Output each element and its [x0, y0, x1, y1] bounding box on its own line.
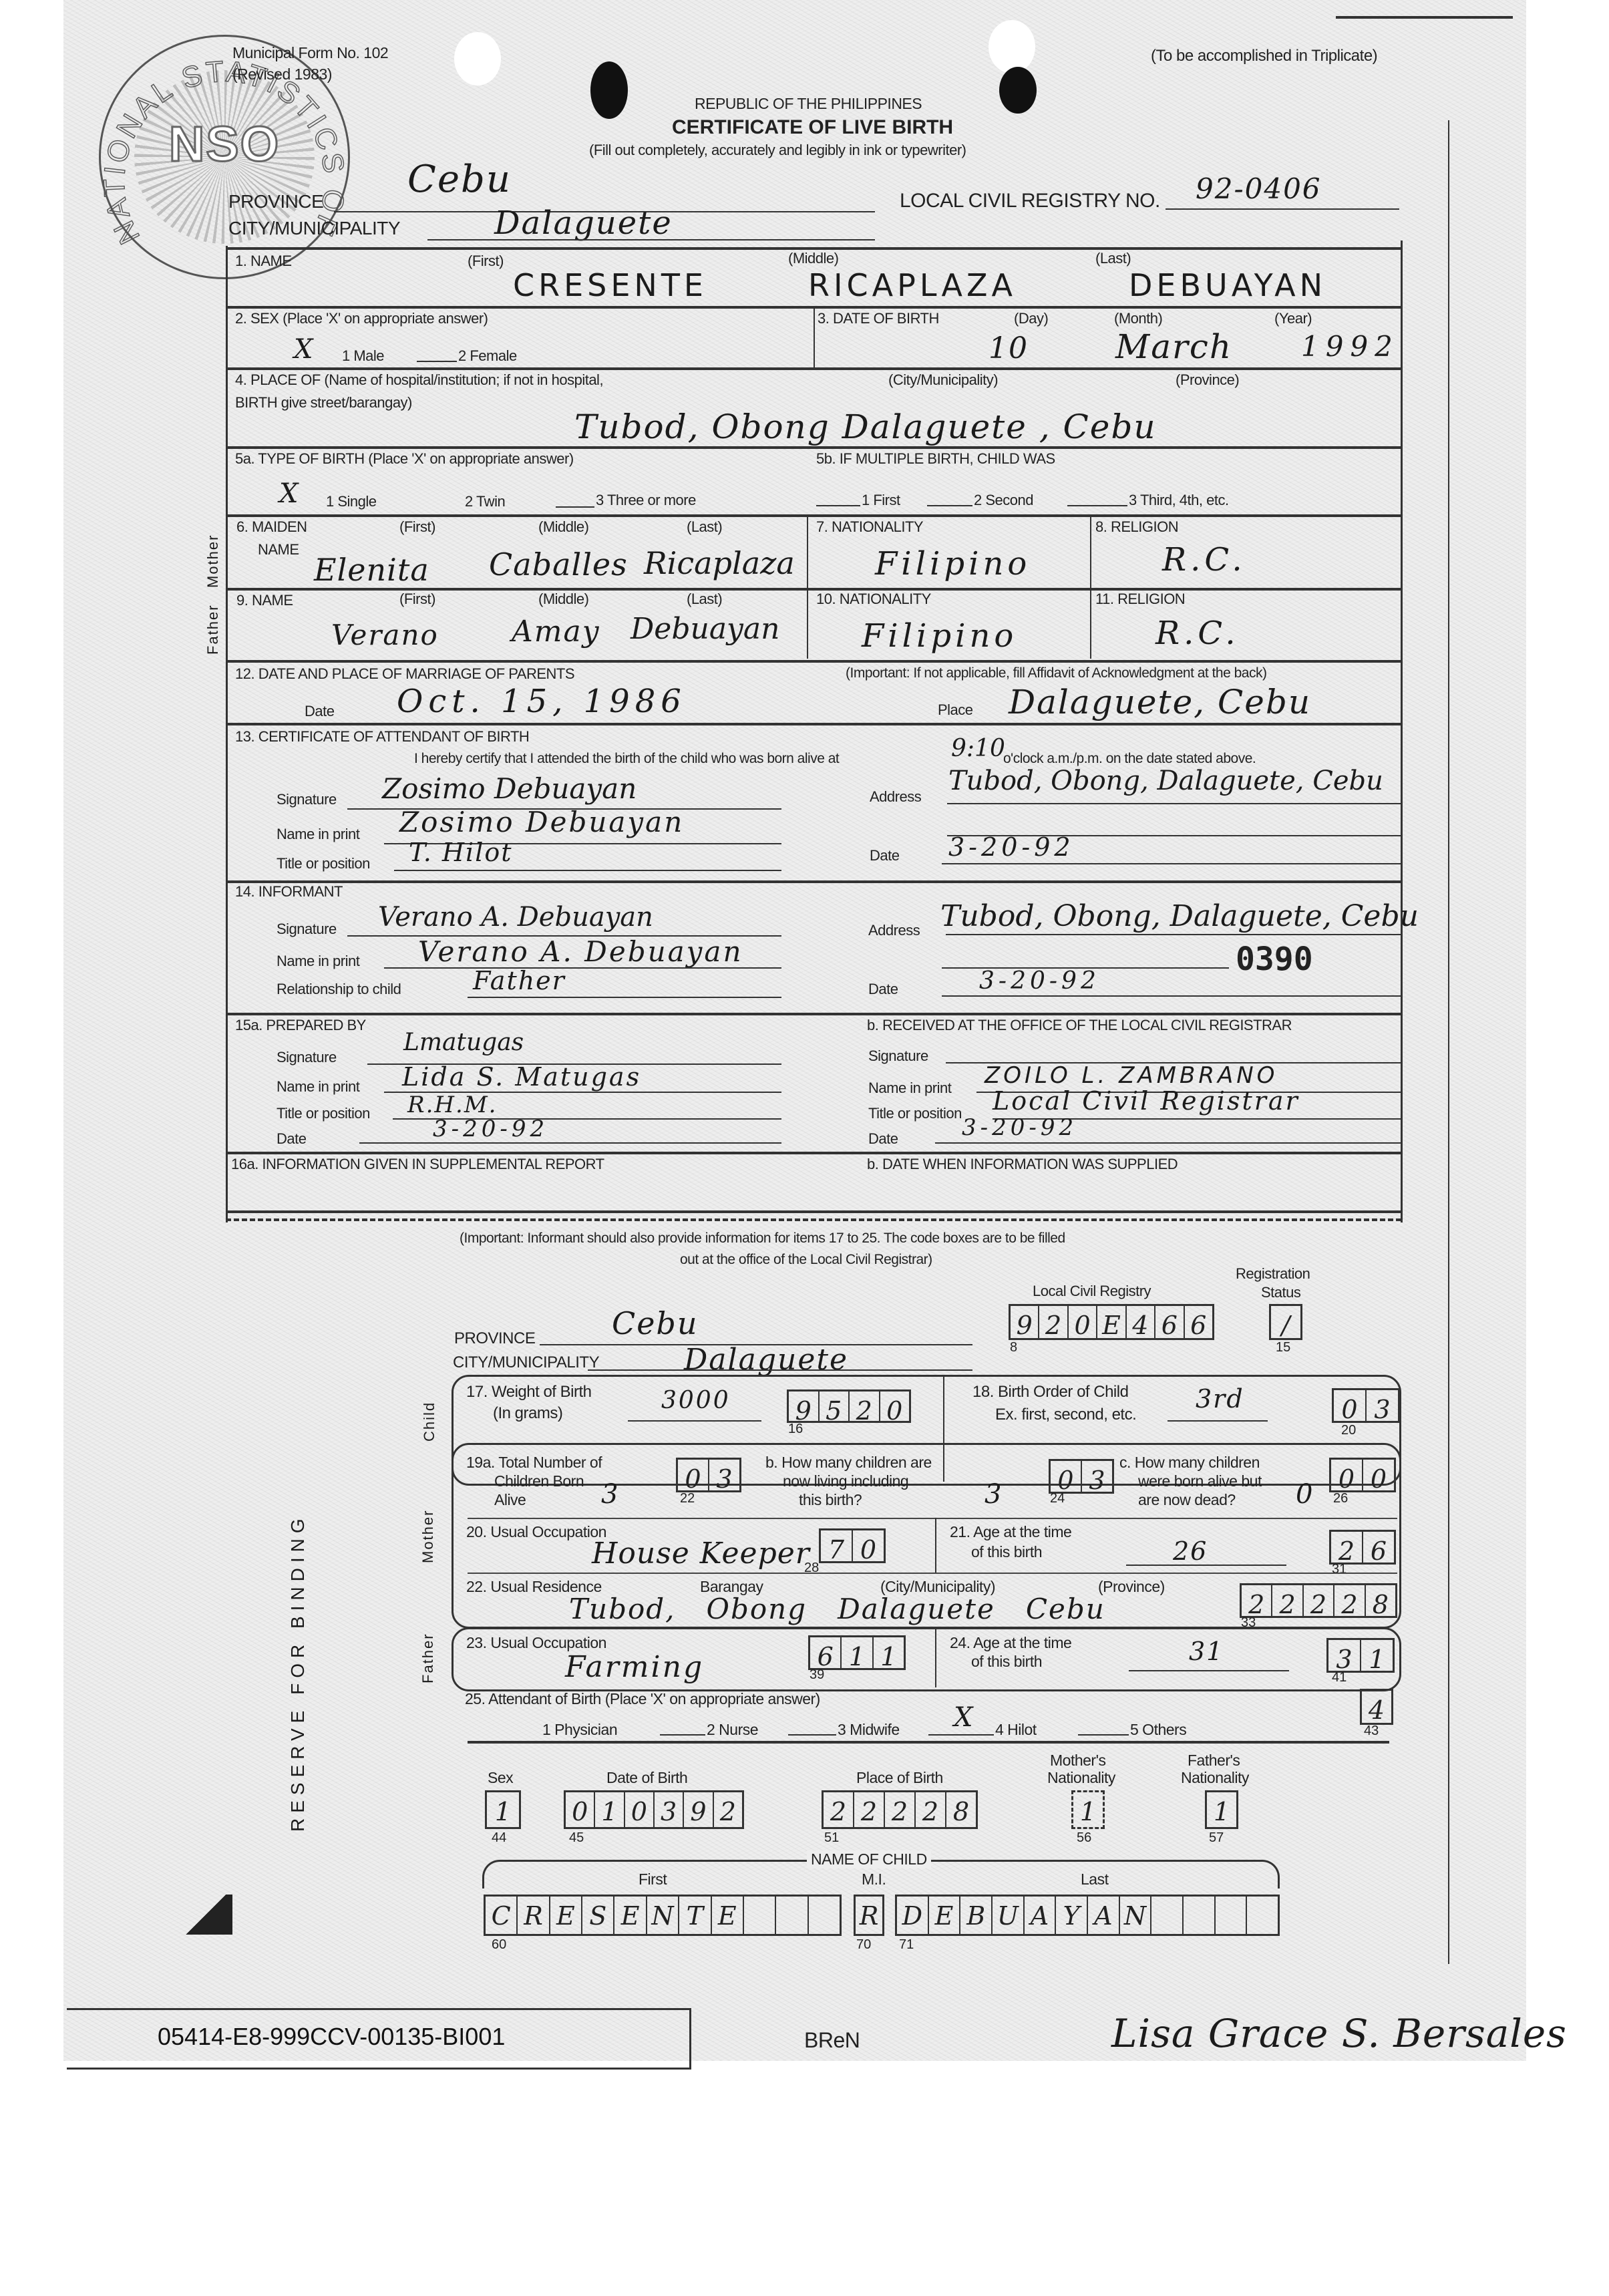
name-of-child-title: NAME OF CHILD — [807, 1850, 931, 1868]
code-number: 39 — [810, 1667, 824, 1683]
informant-relationship-label: Relationship to child — [277, 981, 401, 998]
page-title: CERTIFICATE OF LIVE BIRTH — [672, 116, 953, 139]
divider — [935, 1627, 936, 1687]
divider — [359, 1142, 781, 1144]
child-last-name-code-boxes[interactable]: DEBUAYAN — [895, 1895, 1280, 1936]
lcr-code-boxes[interactable]: 920E466 — [1009, 1304, 1214, 1340]
first-label: (First) — [468, 253, 504, 270]
stats-note-2: out at the office of the Local Civil Reg… — [680, 1252, 932, 1268]
code-cell — [1184, 1897, 1216, 1934]
last-label: (Last) — [1095, 250, 1131, 267]
code-number: 56 — [1077, 1830, 1091, 1846]
sex-code: 1 — [487, 1792, 519, 1827]
father-occupation-field[interactable]: Farming — [565, 1650, 704, 1684]
code-cell: 2 — [1272, 1585, 1303, 1616]
code-cell: 0 — [1331, 1460, 1363, 1490]
informant-relationship[interactable]: Father — [473, 966, 566, 995]
code-cell: 2 — [916, 1792, 946, 1827]
multiple-third[interactable]: 3 Third, 4th, etc. — [1129, 492, 1229, 509]
mother-age-label: 21. Age at the time — [950, 1523, 1071, 1541]
code-cell — [1151, 1897, 1184, 1934]
total-children-label-3: Alive — [494, 1491, 526, 1509]
child-middle-name[interactable]: RICAPLAZA — [808, 267, 1017, 303]
stats-city-label: CITY/MUNICIPALITY — [453, 1353, 599, 1372]
attendant-title[interactable]: T. Hilot — [409, 838, 513, 867]
code-cell: 9 — [1011, 1306, 1039, 1338]
divider — [226, 446, 1401, 449]
divider — [660, 1734, 705, 1736]
informant-signature-label: Signature — [277, 921, 337, 938]
republic-heading: REPUBLIC OF THE PHILIPPINES — [695, 95, 922, 113]
code-cell — [776, 1897, 808, 1934]
multiple-second[interactable]: 2 Second — [974, 492, 1033, 509]
weight-label-2: (In grams) — [493, 1404, 562, 1423]
stats-province[interactable]: Cebu — [612, 1305, 699, 1341]
pob-label-2: BIRTH give street/barangay) — [235, 394, 412, 412]
code-cell: 6 — [1155, 1306, 1184, 1338]
code-cell: 2 — [885, 1792, 916, 1827]
code-number: 20 — [1341, 1423, 1356, 1438]
code-cell: 0 — [566, 1792, 595, 1827]
received-name[interactable]: ZOILO L. ZAMBRANO — [985, 1062, 1278, 1089]
mother-occupation-label: 20. Usual Occupation — [466, 1523, 606, 1541]
prepared-title[interactable]: R.H.M. — [407, 1092, 498, 1118]
attendant-name-label: Name in print — [277, 826, 359, 843]
status-code: / — [1271, 1306, 1300, 1338]
code-mnat-label: Mother's — [1050, 1752, 1105, 1770]
living-children-field[interactable]: 3 — [985, 1479, 1003, 1510]
birth-type-twin[interactable]: 2 Twin — [465, 493, 505, 510]
father-stats-side-label: Father — [419, 1633, 437, 1683]
corner-mark-icon — [179, 1895, 232, 1935]
code-cell: T — [679, 1897, 711, 1934]
divider — [468, 1518, 1397, 1519]
living-children-label-3: this birth? — [799, 1491, 862, 1509]
marriage-place[interactable]: Dalaguete, Cebu — [1009, 683, 1311, 721]
attendant-hilot[interactable]: 4 Hilot — [995, 1721, 1037, 1739]
attendant-signature[interactable]: Zosimo Debuayan — [382, 772, 637, 805]
mother-last-label: (Last) — [687, 518, 722, 536]
code-cell — [1247, 1897, 1278, 1934]
mother-nationality-label: 7. NATIONALITY — [816, 518, 923, 536]
father-middle-label: (Middle) — [538, 591, 588, 608]
divider — [1067, 505, 1127, 506]
total-children-label-2: Children Born — [494, 1472, 584, 1490]
code-cell: 5 — [820, 1391, 850, 1421]
informant-name[interactable]: Verano A. Debuayan — [418, 935, 743, 968]
registration-status-label: Registration — [1236, 1265, 1310, 1283]
name-first-label: First — [639, 1870, 667, 1889]
multiple-first[interactable]: 1 First — [862, 492, 900, 509]
received-title[interactable]: Local Civil Registrar — [993, 1086, 1300, 1116]
mother-age-label-2: of this birth — [971, 1543, 1042, 1561]
dob-code-boxes[interactable]: 010392 — [564, 1790, 744, 1829]
mother-stats-side-label: Mother — [419, 1510, 437, 1563]
registrar-signature: Lisa Grace S. Bersales — [1111, 2011, 1567, 2056]
prepared-date[interactable]: 3-20-92 — [433, 1116, 548, 1142]
weight-code-boxes[interactable]: 9520 — [787, 1389, 911, 1423]
pob-field[interactable]: Tubod, Obong Dalaguete , Cebu — [574, 407, 1157, 446]
divider — [226, 514, 1401, 517]
divider — [226, 1210, 1401, 1213]
father-age-label: 24. Age at the time — [950, 1634, 1071, 1652]
code-cell: 6 — [1185, 1306, 1212, 1338]
attendant-others[interactable]: 5 Others — [1130, 1721, 1186, 1739]
code-cell: N — [647, 1897, 679, 1934]
divider — [807, 514, 808, 659]
document-id: 05414-E8-999CCV-00135-BI001 — [158, 2023, 505, 2051]
code-cell: 0 — [1069, 1306, 1097, 1338]
dob-month[interactable]: March — [1115, 327, 1232, 366]
code-cell: 2 — [1242, 1585, 1272, 1616]
reserve-for-binding: RESERVE FOR BINDING — [287, 1513, 309, 1832]
sex-code-box[interactable]: 1 — [485, 1790, 521, 1829]
child-mi-code: R — [856, 1897, 882, 1934]
divider — [226, 367, 1401, 370]
divider — [947, 803, 1401, 804]
attendant-mark[interactable]: X — [954, 1702, 974, 1733]
cut-line — [226, 1218, 1401, 1221]
attendant-code: 4 — [1362, 1691, 1391, 1723]
code-cell: 2 — [854, 1792, 885, 1827]
dead-children-label-3: are now dead? — [1138, 1491, 1236, 1509]
father-age-code-boxes[interactable]: 31 — [1326, 1638, 1395, 1673]
mother-occupation-code-boxes[interactable]: 70 — [819, 1528, 886, 1563]
weight-field[interactable]: 3000 — [661, 1387, 731, 1414]
province-field[interactable]: Cebu — [407, 158, 512, 201]
divider — [935, 1518, 936, 1573]
code-cell: E — [614, 1897, 647, 1934]
punch-hole — [989, 20, 1035, 73]
divider — [1129, 1670, 1289, 1671]
divider — [468, 1741, 1389, 1744]
sex-female-option[interactable]: 2 Female — [458, 347, 517, 365]
mother-religion[interactable]: R.C. — [1162, 541, 1246, 579]
lcr-field[interactable]: 92-0406 — [1196, 172, 1322, 205]
marriage-place-label: Place — [938, 701, 973, 719]
page-edge — [1448, 120, 1449, 1964]
divider — [816, 505, 860, 506]
code-cell: 3 — [655, 1792, 684, 1827]
code-number: 44 — [492, 1830, 506, 1846]
child-last-name[interactable]: DEBUAYAN — [1129, 267, 1326, 303]
code-cell: 3 — [1082, 1461, 1112, 1492]
total-children-field[interactable]: 3 — [601, 1479, 619, 1510]
divider — [1078, 1734, 1129, 1736]
code-cell: 8 — [1366, 1585, 1395, 1616]
code-cell: U — [993, 1897, 1025, 1934]
attendant-title-label: Title or position — [277, 855, 370, 872]
informant-signature[interactable]: Verano A. Debuayan — [378, 902, 653, 933]
code-cell: 7 — [821, 1530, 853, 1561]
father-first-name[interactable]: Verano — [331, 619, 439, 651]
form-border — [1401, 240, 1403, 1222]
code-cell: 2 — [824, 1792, 854, 1827]
prepared-name-label: Name in print — [277, 1078, 359, 1096]
divider — [384, 967, 781, 969]
code-number: 70 — [856, 1937, 871, 1953]
pob-code-boxes[interactable]: 22228 — [822, 1790, 978, 1829]
dob-year[interactable]: 1992 — [1301, 330, 1399, 363]
stats-note: (Important: Informant should also provid… — [460, 1231, 1065, 1247]
received-label: b. RECEIVED AT THE OFFICE OF THE LOCAL C… — [867, 1017, 1292, 1034]
divider — [417, 361, 457, 362]
mother-age-code-boxes[interactable]: 26 — [1329, 1530, 1396, 1565]
code-number: 60 — [492, 1937, 506, 1953]
fnat-code: 1 — [1207, 1792, 1236, 1827]
code-number: 26 — [1333, 1491, 1348, 1506]
received-date[interactable]: 3-20-92 — [962, 1114, 1077, 1141]
divider — [1336, 16, 1513, 19]
child-side-label: Child — [421, 1402, 438, 1442]
code-cell: E — [929, 1897, 961, 1934]
year-label: (Year) — [1274, 310, 1312, 327]
birth-type-single[interactable]: 1 Single — [326, 493, 377, 510]
attendant-address[interactable]: Tubod, Obong, Dalaguete, Cebu — [948, 766, 1383, 796]
received-date-label: Date — [868, 1130, 898, 1148]
form-border — [226, 246, 228, 1222]
mother-last-name[interactable]: Ricaplaza — [644, 545, 795, 581]
mother-name-label: 6. MAIDEN — [236, 518, 307, 536]
divider — [946, 934, 1401, 935]
living-children-code-boxes[interactable]: 03 — [1049, 1459, 1114, 1494]
mother-first-label: (First) — [399, 518, 435, 536]
mother-occupation-field[interactable]: House Keeper — [592, 1536, 810, 1571]
code-cell: A — [1088, 1897, 1120, 1934]
child-first-name[interactable]: CRESENTE — [513, 267, 707, 303]
prepared-date-label: Date — [277, 1130, 306, 1148]
city-label: CITY/MUNICIPALITY — [228, 218, 400, 239]
dob-day[interactable]: 10 — [989, 331, 1029, 365]
code-cell: 0 — [853, 1530, 884, 1561]
father-middle-name[interactable]: Amay — [512, 615, 600, 649]
birth-order-code-boxes[interactable]: 03 — [1332, 1388, 1400, 1423]
code-cell: 3 — [1367, 1390, 1398, 1421]
triplicate-note: (To be accomplished in Triplicate) — [1151, 47, 1377, 65]
divider — [226, 1013, 1401, 1015]
divider — [628, 1420, 761, 1422]
attendant-time[interactable]: 9:10 — [951, 735, 1005, 762]
code-cell: 2 — [850, 1391, 880, 1421]
mother-middle-name[interactable]: Caballes — [489, 546, 628, 583]
divider — [588, 1369, 972, 1371]
code-cell: 2 — [1334, 1585, 1365, 1616]
father-name-label: 9. NAME — [236, 592, 293, 609]
code-fnat-label: Father's — [1188, 1752, 1240, 1770]
divider — [942, 863, 1401, 864]
divider — [1090, 514, 1091, 659]
living-children-label: b. How many children are — [765, 1454, 932, 1472]
pob-city-label: (City/Municipality) — [888, 371, 998, 389]
dob-label: 3. DATE OF BIRTH — [818, 310, 939, 327]
code-cell: 1 — [842, 1637, 873, 1668]
code-number: 51 — [824, 1830, 839, 1846]
stats-city[interactable]: Dalaguete — [684, 1343, 848, 1377]
form-instruction: (Fill out completely, accurately and leg… — [589, 142, 966, 159]
mother-religion-label: 8. RELIGION — [1095, 518, 1178, 536]
attendant-code-box[interactable]: 4 — [1360, 1689, 1393, 1725]
father-last-name[interactable]: Debuayan — [631, 612, 779, 646]
code-cell: 0 — [678, 1460, 709, 1490]
registration-status-label-2: Status — [1261, 1284, 1300, 1301]
form-number: Municipal Form No. 102 — [232, 44, 388, 62]
attendant-date[interactable]: 3-20-92 — [948, 832, 1075, 862]
informant-name-label: Name in print — [277, 953, 359, 970]
attendant-physician[interactable]: 1 Physician — [542, 1721, 617, 1739]
father-age-field[interactable]: 31 — [1189, 1637, 1224, 1666]
child-mi-code-box[interactable]: R — [854, 1895, 884, 1936]
attendant-signature-label: Signature — [277, 791, 337, 808]
code-sex-label: Sex — [488, 1769, 513, 1787]
code-cell: 2 — [1331, 1532, 1363, 1563]
attendant-midwife[interactable]: 3 Midwife — [838, 1721, 900, 1739]
birth-type-three[interactable]: 3 Three or more — [596, 492, 696, 509]
divider — [556, 506, 594, 508]
status-code-box[interactable]: / — [1269, 1304, 1302, 1340]
divider — [935, 1142, 1401, 1144]
supplemental-date-label: b. DATE WHEN INFORMATION WAS SUPPLIED — [867, 1156, 1178, 1173]
mother-side-label: Mother — [204, 534, 222, 588]
code-cell: 6 — [1363, 1532, 1394, 1563]
mother-middle-label: (Middle) — [538, 518, 588, 536]
code-cell: 0 — [1051, 1461, 1082, 1492]
code-cell: 0 — [1363, 1460, 1394, 1490]
informant-date[interactable]: 3-20-92 — [979, 967, 1100, 995]
code-cell: 9 — [684, 1792, 713, 1827]
code-number: 41 — [1332, 1670, 1347, 1685]
code-cell — [744, 1897, 776, 1934]
residence-province-label: (Province) — [1098, 1578, 1165, 1596]
code-cell: 0 — [1334, 1390, 1367, 1421]
informant-date-label: Date — [868, 981, 898, 998]
weight-label: 17. Weight of Birth — [466, 1383, 592, 1402]
code-cell: 3 — [709, 1460, 739, 1490]
divider — [427, 239, 875, 240]
attendant-nurse[interactable]: 2 Nurse — [707, 1721, 758, 1739]
code-dob-label: Date of Birth — [606, 1769, 687, 1787]
sex-mark[interactable]: X — [294, 334, 314, 365]
attendant-certify-text: I hereby certify that I attended the bir… — [414, 751, 839, 767]
code-number: 43 — [1364, 1724, 1379, 1739]
father-age-label-2: of this birth — [971, 1653, 1042, 1671]
code-cell: B — [960, 1897, 993, 1934]
lcr-label: LOCAL CIVIL REGISTRY NO. — [900, 190, 1160, 212]
code-cell: D — [897, 1897, 929, 1934]
prepared-signature[interactable]: Lmatugas — [403, 1029, 524, 1056]
ink-blot — [999, 67, 1037, 114]
fnat-code-box[interactable]: 1 — [1205, 1790, 1238, 1829]
mother-nationality[interactable]: Filipino — [875, 545, 1031, 583]
mother-age-field[interactable]: 26 — [1173, 1536, 1208, 1566]
residence-field[interactable]: Tubod, Obong Dalaguete Cebu — [569, 1593, 1105, 1625]
child-first-name-code-boxes[interactable]: CRESENTE — [484, 1895, 842, 1936]
residence-code-boxes[interactable]: 22228 — [1240, 1583, 1397, 1618]
divider — [1168, 1420, 1268, 1422]
province-label: PROVINCE — [228, 191, 323, 212]
middle-label: (Middle) — [788, 250, 838, 267]
divider — [928, 1734, 994, 1736]
month-label: (Month) — [1114, 310, 1162, 327]
code-cell: Y — [1056, 1897, 1088, 1934]
dead-children-label-2: were born alive but — [1138, 1472, 1262, 1490]
received-signature-label: Signature — [868, 1047, 928, 1065]
attendant-of-birth-label: 25. Attendant of Birth (Place 'X' on app… — [465, 1690, 820, 1708]
birth-order-label: 18. Birth Order of Child — [972, 1383, 1128, 1402]
supplemental-label: 16a. INFORMATION GIVEN IN SUPPLEMENTAL R… — [231, 1156, 604, 1173]
father-side-label: Father — [204, 604, 222, 655]
code-cell: 3 — [1328, 1640, 1361, 1671]
code-cell: 1 — [595, 1792, 624, 1827]
code-cell: E — [712, 1897, 744, 1934]
marriage-note: (Important: If not applicable, fill Affi… — [846, 665, 1266, 681]
divider — [468, 997, 781, 998]
attendant-name[interactable]: Zosimo Debuayan — [399, 806, 684, 838]
code-cell: 1 — [874, 1637, 904, 1668]
divider — [226, 1152, 1401, 1154]
birth-order-field[interactable]: 3rd — [1196, 1384, 1244, 1414]
divider — [226, 723, 1401, 725]
dead-children-code-boxes[interactable]: 00 — [1329, 1458, 1396, 1492]
code-cell — [1216, 1897, 1248, 1934]
divider — [226, 660, 1401, 663]
code-pob-label: Place of Birth — [856, 1769, 943, 1787]
code-cell: A — [1025, 1897, 1057, 1934]
attendant-label: 13. CERTIFICATE OF ATTENDANT OF BIRTH — [235, 728, 529, 746]
father-occupation-code-boxes[interactable]: 611 — [808, 1635, 906, 1670]
name-label: 1. NAME — [235, 253, 292, 270]
code-cell: 0 — [625, 1792, 655, 1827]
total-children-label: 19a. Total Number of — [466, 1454, 602, 1472]
prepared-name[interactable]: Lida S. Matugas — [402, 1062, 641, 1092]
code-cell: 9 — [789, 1391, 820, 1421]
code-cell: 2 — [714, 1792, 742, 1827]
dead-children-label: c. How many children — [1119, 1454, 1260, 1472]
informant-address[interactable]: Tubod, Obong, Dalaguete, Cebu — [940, 899, 1419, 933]
attendant-address-label: Address — [870, 788, 921, 806]
sex-male-option[interactable]: 1 Male — [342, 347, 384, 365]
code-number: 71 — [899, 1937, 914, 1953]
divider — [788, 1734, 836, 1736]
code-number: 31 — [1332, 1562, 1347, 1577]
attendant-certify-post: o'clock a.m./p.m. on the date stated abo… — [1003, 751, 1256, 767]
mnat-code-box[interactable]: 1 — [1071, 1790, 1105, 1829]
total-children-code-boxes[interactable]: 03 — [676, 1458, 741, 1492]
code-cell: R — [518, 1897, 550, 1934]
marriage-date[interactable]: Oct. 15, 1986 — [397, 683, 687, 720]
code-cell: 0 — [880, 1391, 910, 1421]
code-cell: 6 — [810, 1637, 842, 1668]
mother-first-name[interactable]: Elenita — [314, 552, 429, 588]
code-number: 8 — [1010, 1340, 1017, 1355]
dead-children-field[interactable]: 0 — [1296, 1479, 1314, 1510]
father-nationality[interactable]: Filipino — [862, 617, 1017, 655]
marriage-label: 12. DATE AND PLACE OF MARRIAGE OF PARENT… — [235, 665, 574, 683]
divider — [226, 880, 1401, 883]
code-cell: 4 — [1127, 1306, 1155, 1338]
prepared-title-label: Title or position — [277, 1105, 370, 1122]
name-last-label: Last — [1081, 1870, 1108, 1889]
city-field[interactable]: Dalaguete — [494, 204, 673, 242]
code-cell: 1 — [1361, 1640, 1393, 1671]
mother-name-label-2: NAME — [258, 541, 299, 558]
attendant-date-label: Date — [870, 847, 899, 864]
punch-hole — [454, 32, 501, 86]
informant-label: 14. INFORMANT — [235, 883, 343, 900]
code-cell: 8 — [946, 1792, 976, 1827]
name-mi-label: M.I. — [862, 1870, 886, 1889]
birth-type-mark[interactable]: X — [279, 478, 299, 509]
father-religion[interactable]: R.C. — [1155, 615, 1240, 652]
